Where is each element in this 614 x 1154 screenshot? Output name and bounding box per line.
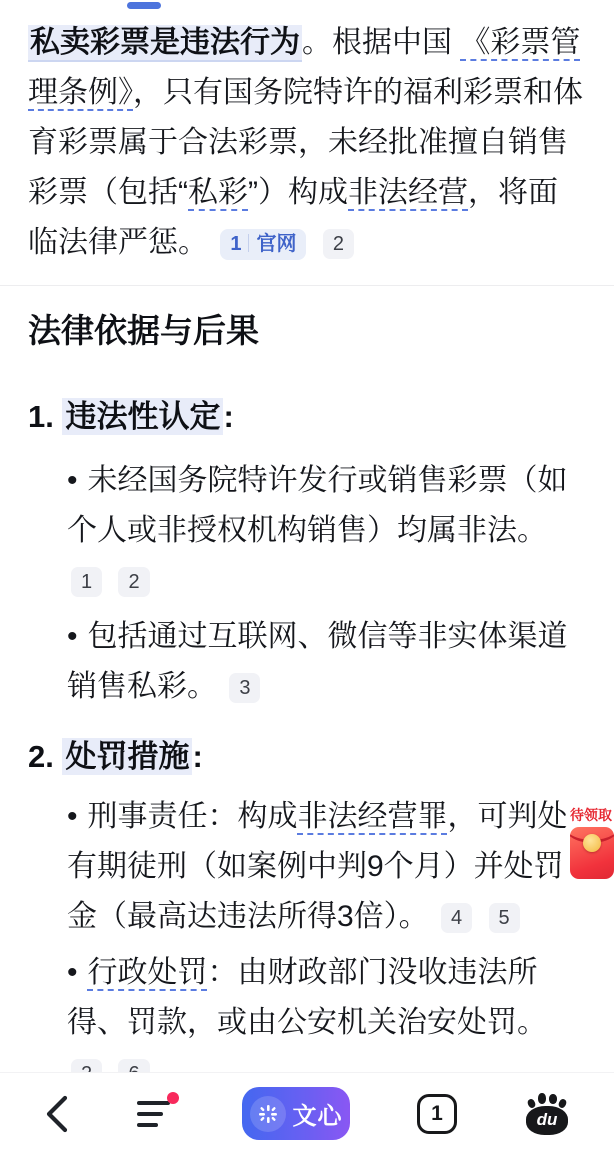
intro-text-3: ”）构成 bbox=[248, 176, 348, 209]
citation-separator bbox=[248, 234, 249, 252]
paw-claws bbox=[528, 1093, 566, 1107]
citation-badge[interactable]: 5 bbox=[489, 903, 520, 933]
citation-number: 1 bbox=[230, 233, 241, 255]
citation-badge-site[interactable]: 1官网 bbox=[220, 229, 306, 260]
citation-site-label: 官网 bbox=[256, 233, 296, 255]
envelope-claim-label: 待领取 bbox=[566, 805, 612, 825]
bullet-item: •刑事责任：构成非法经营罪，可判处有期徒刑（如案例中判9个月）并处罚金（最高达违… bbox=[67, 792, 586, 942]
bullet-marker: • bbox=[67, 792, 78, 842]
voice-wave-icon bbox=[250, 1096, 286, 1132]
item-term-highlight: 处罚措施 bbox=[62, 738, 192, 775]
bullet-marker: • bbox=[67, 948, 78, 998]
envelope-coin bbox=[583, 834, 601, 852]
section-title: 法律依据与后果 bbox=[28, 308, 586, 354]
bullet-list-1: •未经国务院特许发行或销售彩票（如个人或非授权机构销售）均属非法。 1 2 •包… bbox=[28, 456, 586, 712]
wenxin-label: 文心 bbox=[293, 1096, 343, 1131]
entity-link-illegal-operation[interactable]: 非法经营 bbox=[348, 176, 468, 209]
numbered-item-2: 2. 处罚措施: bbox=[28, 734, 586, 780]
bullet-marker: • bbox=[67, 612, 78, 662]
paw-body: du bbox=[526, 1106, 568, 1135]
baidu-home-button[interactable]: du bbox=[524, 1093, 570, 1135]
bullet-item: •包括通过互联网、微信等非实体渠道销售私彩。 3 bbox=[67, 612, 586, 712]
item-colon: : bbox=[223, 399, 233, 434]
app-screen: 私卖彩票是违法行为。根据中国 《彩票管理条例》，只有国务院特许的福利彩票和体育彩… bbox=[0, 0, 614, 1154]
bullet-text: 未经国务院特许发行或销售彩票（如个人或非授权机构销售）均属非法。 bbox=[67, 464, 568, 547]
entity-link-admin-penalty[interactable]: 行政处罚 bbox=[88, 956, 208, 989]
bullet-text: 刑事责任：构成 bbox=[88, 800, 298, 833]
numbered-item-1: 1. 违法性认定: bbox=[28, 394, 586, 440]
menu-button[interactable] bbox=[137, 1098, 175, 1130]
hamburger-icon bbox=[137, 1098, 175, 1130]
red-envelope-icon bbox=[570, 827, 614, 879]
citation-badge[interactable]: 2 bbox=[323, 229, 354, 259]
du-label: du bbox=[537, 1110, 558, 1130]
lead-highlight-text: 私卖彩票是违法行为 bbox=[28, 25, 302, 62]
citation-badge[interactable]: 2 bbox=[118, 567, 149, 597]
tabs-button[interactable]: 1 bbox=[417, 1094, 457, 1134]
citation-badge[interactable]: 1 bbox=[71, 567, 102, 597]
tab-counter-icon: 1 bbox=[417, 1094, 457, 1134]
answer-content: 私卖彩票是违法行为。根据中国 《彩票管理条例》，只有国务院特许的福利彩票和体育彩… bbox=[0, 0, 614, 1098]
bullet-marker: • bbox=[67, 456, 78, 506]
wenxin-assistant-button[interactable]: 文心 bbox=[242, 1087, 350, 1140]
bottom-navbar: 文心 1 du bbox=[0, 1072, 614, 1154]
back-button[interactable] bbox=[44, 1094, 70, 1134]
section-divider bbox=[0, 285, 614, 286]
item-number: 2. bbox=[28, 739, 54, 774]
item-term-highlight: 违法性认定 bbox=[62, 398, 223, 435]
citation-badge[interactable]: 4 bbox=[441, 903, 472, 933]
entity-link-illegal-operation-crime[interactable]: 非法经营罪 bbox=[298, 800, 448, 833]
intro-text-1: 。根据中国 bbox=[302, 26, 460, 59]
red-envelope-widget[interactable]: 待领取 bbox=[566, 805, 614, 879]
notification-dot bbox=[167, 1092, 179, 1104]
item-colon: : bbox=[192, 739, 202, 774]
bullet-item: •未经国务院特许发行或销售彩票（如个人或非授权机构销售）均属非法。 1 2 bbox=[67, 456, 586, 606]
tab-count: 1 bbox=[431, 1102, 443, 1126]
bullet-list-2: •刑事责任：构成非法经营罪，可判处有期徒刑（如案例中判9个月）并处罚金（最高达违… bbox=[28, 792, 586, 1098]
back-chevron-icon bbox=[44, 1094, 70, 1134]
baidu-paw-icon: du bbox=[524, 1093, 570, 1135]
intro-paragraph: 私卖彩票是违法行为。根据中国 《彩票管理条例》，只有国务院特许的福利彩票和体育彩… bbox=[28, 0, 586, 268]
bullet-text: 包括通过互联网、微信等非实体渠道销售私彩。 bbox=[67, 620, 568, 703]
citation-badge[interactable]: 3 bbox=[229, 673, 260, 703]
item-number: 1. bbox=[28, 399, 54, 434]
entity-link-private-lottery[interactable]: 私彩 bbox=[188, 176, 248, 209]
